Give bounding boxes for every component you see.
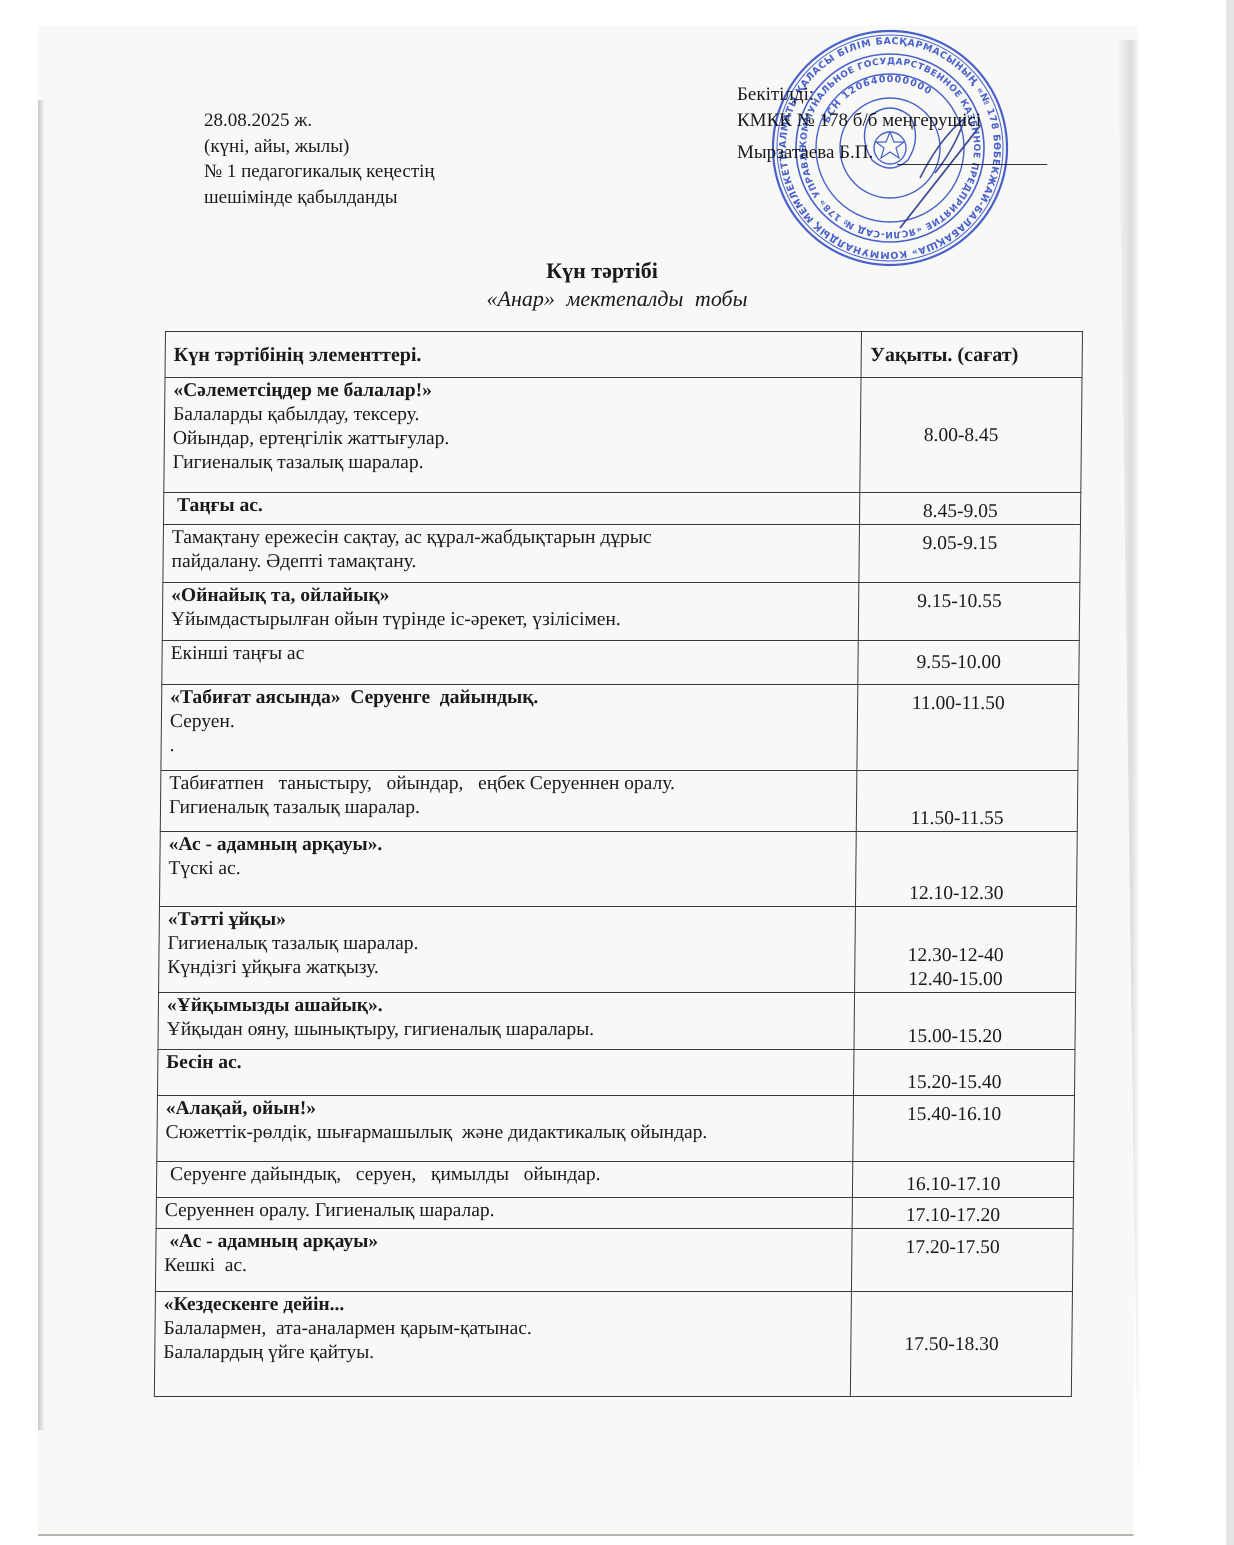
activity-cell: «Алақай, ойын!»Сюжеттік-рөлдік, шығармаш… bbox=[157, 1096, 854, 1162]
activity-detail: Серуенге дайындық, серуен, қимылды ойынд… bbox=[165, 1163, 847, 1187]
table-row: Табиғатпен таныстыру, ойындар, еңбек Сер… bbox=[160, 771, 1078, 832]
activity-detail: Сюжеттік-рөлдік, шығармашылық және дидак… bbox=[165, 1121, 847, 1145]
table-row: «Ас - адамның арқауы»Кешкі ас.17.20-17.5… bbox=[155, 1229, 1073, 1292]
activity-detail: Ойындар, ертеңгілік жаттығулар. bbox=[173, 427, 855, 451]
table-row: «Ас - адамның арқауы».Түскі ас.12.10-12.… bbox=[159, 832, 1077, 907]
time-cell: 11.00-11.50 bbox=[857, 685, 1078, 771]
time-cell: 17.20-17.50 bbox=[852, 1229, 1073, 1292]
header-elements: Күн тәртібінің элементтері. bbox=[165, 332, 862, 378]
activity-detail: Балаларды қабылдау, тексеру. bbox=[173, 403, 855, 427]
table-row: «Сәлеметсіңдер ме балалар!»Балаларды қаб… bbox=[164, 378, 1082, 493]
activity-detail: Ұйқыдан ояну, шынықтыру, гигиеналық шара… bbox=[167, 1018, 849, 1042]
time-range: 9.15-10.55 bbox=[917, 590, 1002, 614]
time-range: 15.40-16.10 bbox=[907, 1103, 1002, 1127]
activity-detail: Гигиеналық тазалық шаралар. bbox=[172, 451, 854, 475]
activity-cell: «Ұйқымызды ашайық».Ұйқыдан ояну, шынықты… bbox=[158, 993, 855, 1050]
time-cell: 15.00-15.20 bbox=[854, 993, 1075, 1050]
accepted-block: 28.08.2025 ж. (күні, айы, жылы) № 1 педа… bbox=[204, 108, 435, 210]
activity-detail: Серуен. bbox=[170, 710, 852, 734]
activity-title: «Ойнайық та, ойлайық» bbox=[171, 584, 853, 608]
table-row: «Алақай, ойын!»Сюжеттік-рөлдік, шығармаш… bbox=[157, 1096, 1075, 1162]
activity-title: «Ұйқымызды ашайық». bbox=[167, 994, 849, 1018]
activity-cell: «Кездескенге дейін...Балалармен, ата-ана… bbox=[154, 1292, 852, 1397]
time-range: 8.45-9.05 bbox=[923, 500, 998, 524]
activity-detail: Кешкі ас. bbox=[164, 1254, 846, 1278]
time-range: 12.30-12-40 12.40-15.00 bbox=[908, 945, 1004, 990]
activity-title: «Ас - адамның арқауы». bbox=[168, 833, 850, 857]
time-range: 15.20-15.40 bbox=[907, 1072, 1001, 1093]
activity-detail: . bbox=[170, 734, 852, 758]
activity-detail: Балалармен, ата-аналармен қарым-қатынас. bbox=[163, 1317, 845, 1341]
activity-detail: Табиғатпен таныстыру, ойындар, еңбек Сер… bbox=[169, 772, 851, 796]
official-stamp-icon: АЛМАТЫ ҚАЛАСЫ БІЛІМ БАСҚАРМАСЫНЫҢ «№ 178… bbox=[770, 28, 1010, 268]
activity-detail: Ұйымдастырылған ойын түрінде іс-әрекет, … bbox=[171, 608, 853, 632]
activity-cell: Екінші таңғы ас bbox=[162, 641, 859, 685]
accepted-date-caption: (күні, айы, жылы) bbox=[204, 134, 435, 160]
time-range: 11.00-11.50 bbox=[912, 692, 1005, 716]
time-cell: 15.20-15.40 bbox=[854, 1050, 1075, 1096]
table-row: «Ұйқымызды ашайық».Ұйқыдан ояну, шынықты… bbox=[158, 993, 1076, 1050]
activity-title: «Ас - адамның арқауы» bbox=[164, 1230, 846, 1254]
activity-detail: Гигиеналық тазалық шаралар. bbox=[169, 796, 851, 820]
accepted-council: № 1 педагогикалық кеңестің bbox=[204, 159, 435, 185]
activity-detail: Гигиеналық тазалық шаралар. bbox=[167, 932, 849, 956]
time-range: 15.00-15.20 bbox=[908, 1026, 1002, 1047]
activity-title: «Алақай, ойын!» bbox=[166, 1097, 848, 1121]
activity-title: «Тәтті ұйқы» bbox=[168, 908, 850, 932]
schedule-table: Күн тәртібінің элементтері. Уақыты. (сағ… bbox=[154, 331, 1083, 1397]
time-cell: 9.55-10.00 bbox=[858, 641, 1079, 685]
table-row: Бесін ас.15.20-15.40 bbox=[157, 1050, 1074, 1096]
time-cell: 8.00-8.45 bbox=[860, 378, 1082, 493]
table-row: Екінші таңғы ас9.55-10.00 bbox=[162, 641, 1079, 685]
activity-title: Таңғы ас. bbox=[172, 494, 854, 518]
activity-cell: Таңғы ас. bbox=[163, 493, 860, 525]
activity-detail: пайдалану. Әдепті тамақтану. bbox=[171, 550, 853, 574]
time-range: 17.20-17.50 bbox=[905, 1236, 1000, 1260]
page-title: Күн тәртібі bbox=[0, 258, 1234, 284]
activity-title: «Сәлеметсіңдер ме балалар!» bbox=[173, 379, 855, 403]
activity-detail: Күндізгі ұйқыға жатқызу. bbox=[167, 956, 849, 980]
time-range: 9.05-9.15 bbox=[922, 532, 997, 556]
table-row: «Тәтті ұйқы»Гигиеналық тазалық шаралар.К… bbox=[159, 907, 1077, 993]
time-range: 8.00-8.45 bbox=[924, 425, 999, 446]
activity-cell: Табиғатпен таныстыру, ойындар, еңбек Сер… bbox=[160, 771, 857, 832]
time-cell: 15.40-16.10 bbox=[853, 1096, 1074, 1162]
table-row: Таңғы ас.8.45-9.05 bbox=[163, 493, 1080, 525]
page-subtitle: «Анар» мектепалды тобы bbox=[0, 286, 1234, 312]
time-cell: 12.30-12-40 12.40-15.00 bbox=[855, 907, 1076, 993]
time-cell: 9.15-10.55 bbox=[859, 583, 1080, 641]
scan-edge bbox=[1226, 0, 1234, 1545]
activity-detail: Балалардың үйге қайтуы. bbox=[163, 1341, 845, 1365]
table-row: «Кездескенге дейін...Балалармен, ата-ана… bbox=[154, 1292, 1072, 1397]
time-range: 17.10-17.20 bbox=[906, 1205, 1000, 1226]
table-row: Тамақтану ережесін сақтау, ас құрал-жабд… bbox=[163, 525, 1081, 583]
table-row: Серуенге дайындық, серуен, қимылды ойынд… bbox=[156, 1162, 1073, 1198]
activity-cell: «Ас - адамның арқауы».Түскі ас. bbox=[159, 832, 856, 907]
time-cell: 17.10-17.20 bbox=[853, 1198, 1074, 1229]
header-time: Уақыты. (сағат) bbox=[861, 332, 1082, 378]
activity-title: «Кездескенге дейін... bbox=[164, 1293, 846, 1317]
activity-title: Бесін ас. bbox=[166, 1051, 848, 1075]
activity-detail: Түскі ас. bbox=[168, 857, 850, 881]
activity-cell: Тамақтану ережесін сақтау, ас құрал-жабд… bbox=[163, 525, 860, 583]
time-cell: 8.45-9.05 bbox=[860, 493, 1081, 525]
time-range: 12.10-12.30 bbox=[909, 883, 1003, 904]
time-cell: 16.10-17.10 bbox=[853, 1162, 1074, 1198]
time-range: 9.55-10.00 bbox=[916, 652, 1001, 673]
schedule-body: «Сәлеметсіңдер ме балалар!»Балаларды қаб… bbox=[154, 378, 1082, 1397]
activity-cell: «Тәтті ұйқы»Гигиеналық тазалық шаралар.К… bbox=[159, 907, 856, 993]
accepted-decision: шешімінде қабылданды bbox=[204, 185, 435, 211]
table-header-row: Күн тәртібінің элементтері. Уақыты. (сағ… bbox=[165, 332, 1082, 378]
activity-cell: «Ас - адамның арқауы»Кешкі ас. bbox=[155, 1229, 852, 1292]
activity-cell: Серуеннен оралу. Гигиеналық шаралар. bbox=[156, 1198, 853, 1229]
time-cell: 11.50-11.55 bbox=[857, 771, 1078, 832]
activity-detail: Тамақтану ережесін сақтау, ас құрал-жабд… bbox=[172, 526, 854, 550]
time-cell: 17.50-18.30 bbox=[851, 1292, 1073, 1397]
activity-title: «Табиғат аясында» Серуенге дайындық. bbox=[170, 686, 852, 710]
table-row: Серуеннен оралу. Гигиеналық шаралар.17.1… bbox=[156, 1198, 1073, 1229]
time-range: 11.50-11.55 bbox=[911, 808, 1004, 829]
activity-cell: Серуенге дайындық, серуен, қимылды ойынд… bbox=[156, 1162, 853, 1198]
time-range: 16.10-17.10 bbox=[906, 1174, 1000, 1195]
time-cell: 12.10-12.30 bbox=[856, 832, 1077, 907]
activity-cell: Бесін ас. bbox=[157, 1050, 854, 1096]
activity-cell: «Ойнайық та, ойлайық»Ұйымдастырылған ойы… bbox=[162, 583, 859, 641]
activity-cell: «Табиғат аясында» Серуенге дайындық.Серу… bbox=[161, 685, 858, 771]
activity-cell: «Сәлеметсіңдер ме балалар!»Балаларды қаб… bbox=[164, 378, 862, 493]
time-range: 17.50-18.30 bbox=[904, 1334, 998, 1355]
activity-detail: Серуеннен оралу. Гигиеналық шаралар. bbox=[165, 1199, 847, 1223]
table-row: «Табиғат аясында» Серуенге дайындық.Серу… bbox=[161, 685, 1079, 771]
table-row: «Ойнайық та, ойлайық»Ұйымдастырылған ойы… bbox=[162, 583, 1080, 641]
title-block: Күн тәртібі «Анар» мектепалды тобы bbox=[0, 258, 1234, 312]
activity-detail: Екінші таңғы ас bbox=[170, 642, 852, 666]
accepted-date: 28.08.2025 ж. bbox=[204, 108, 435, 134]
time-cell: 9.05-9.15 bbox=[859, 525, 1080, 583]
